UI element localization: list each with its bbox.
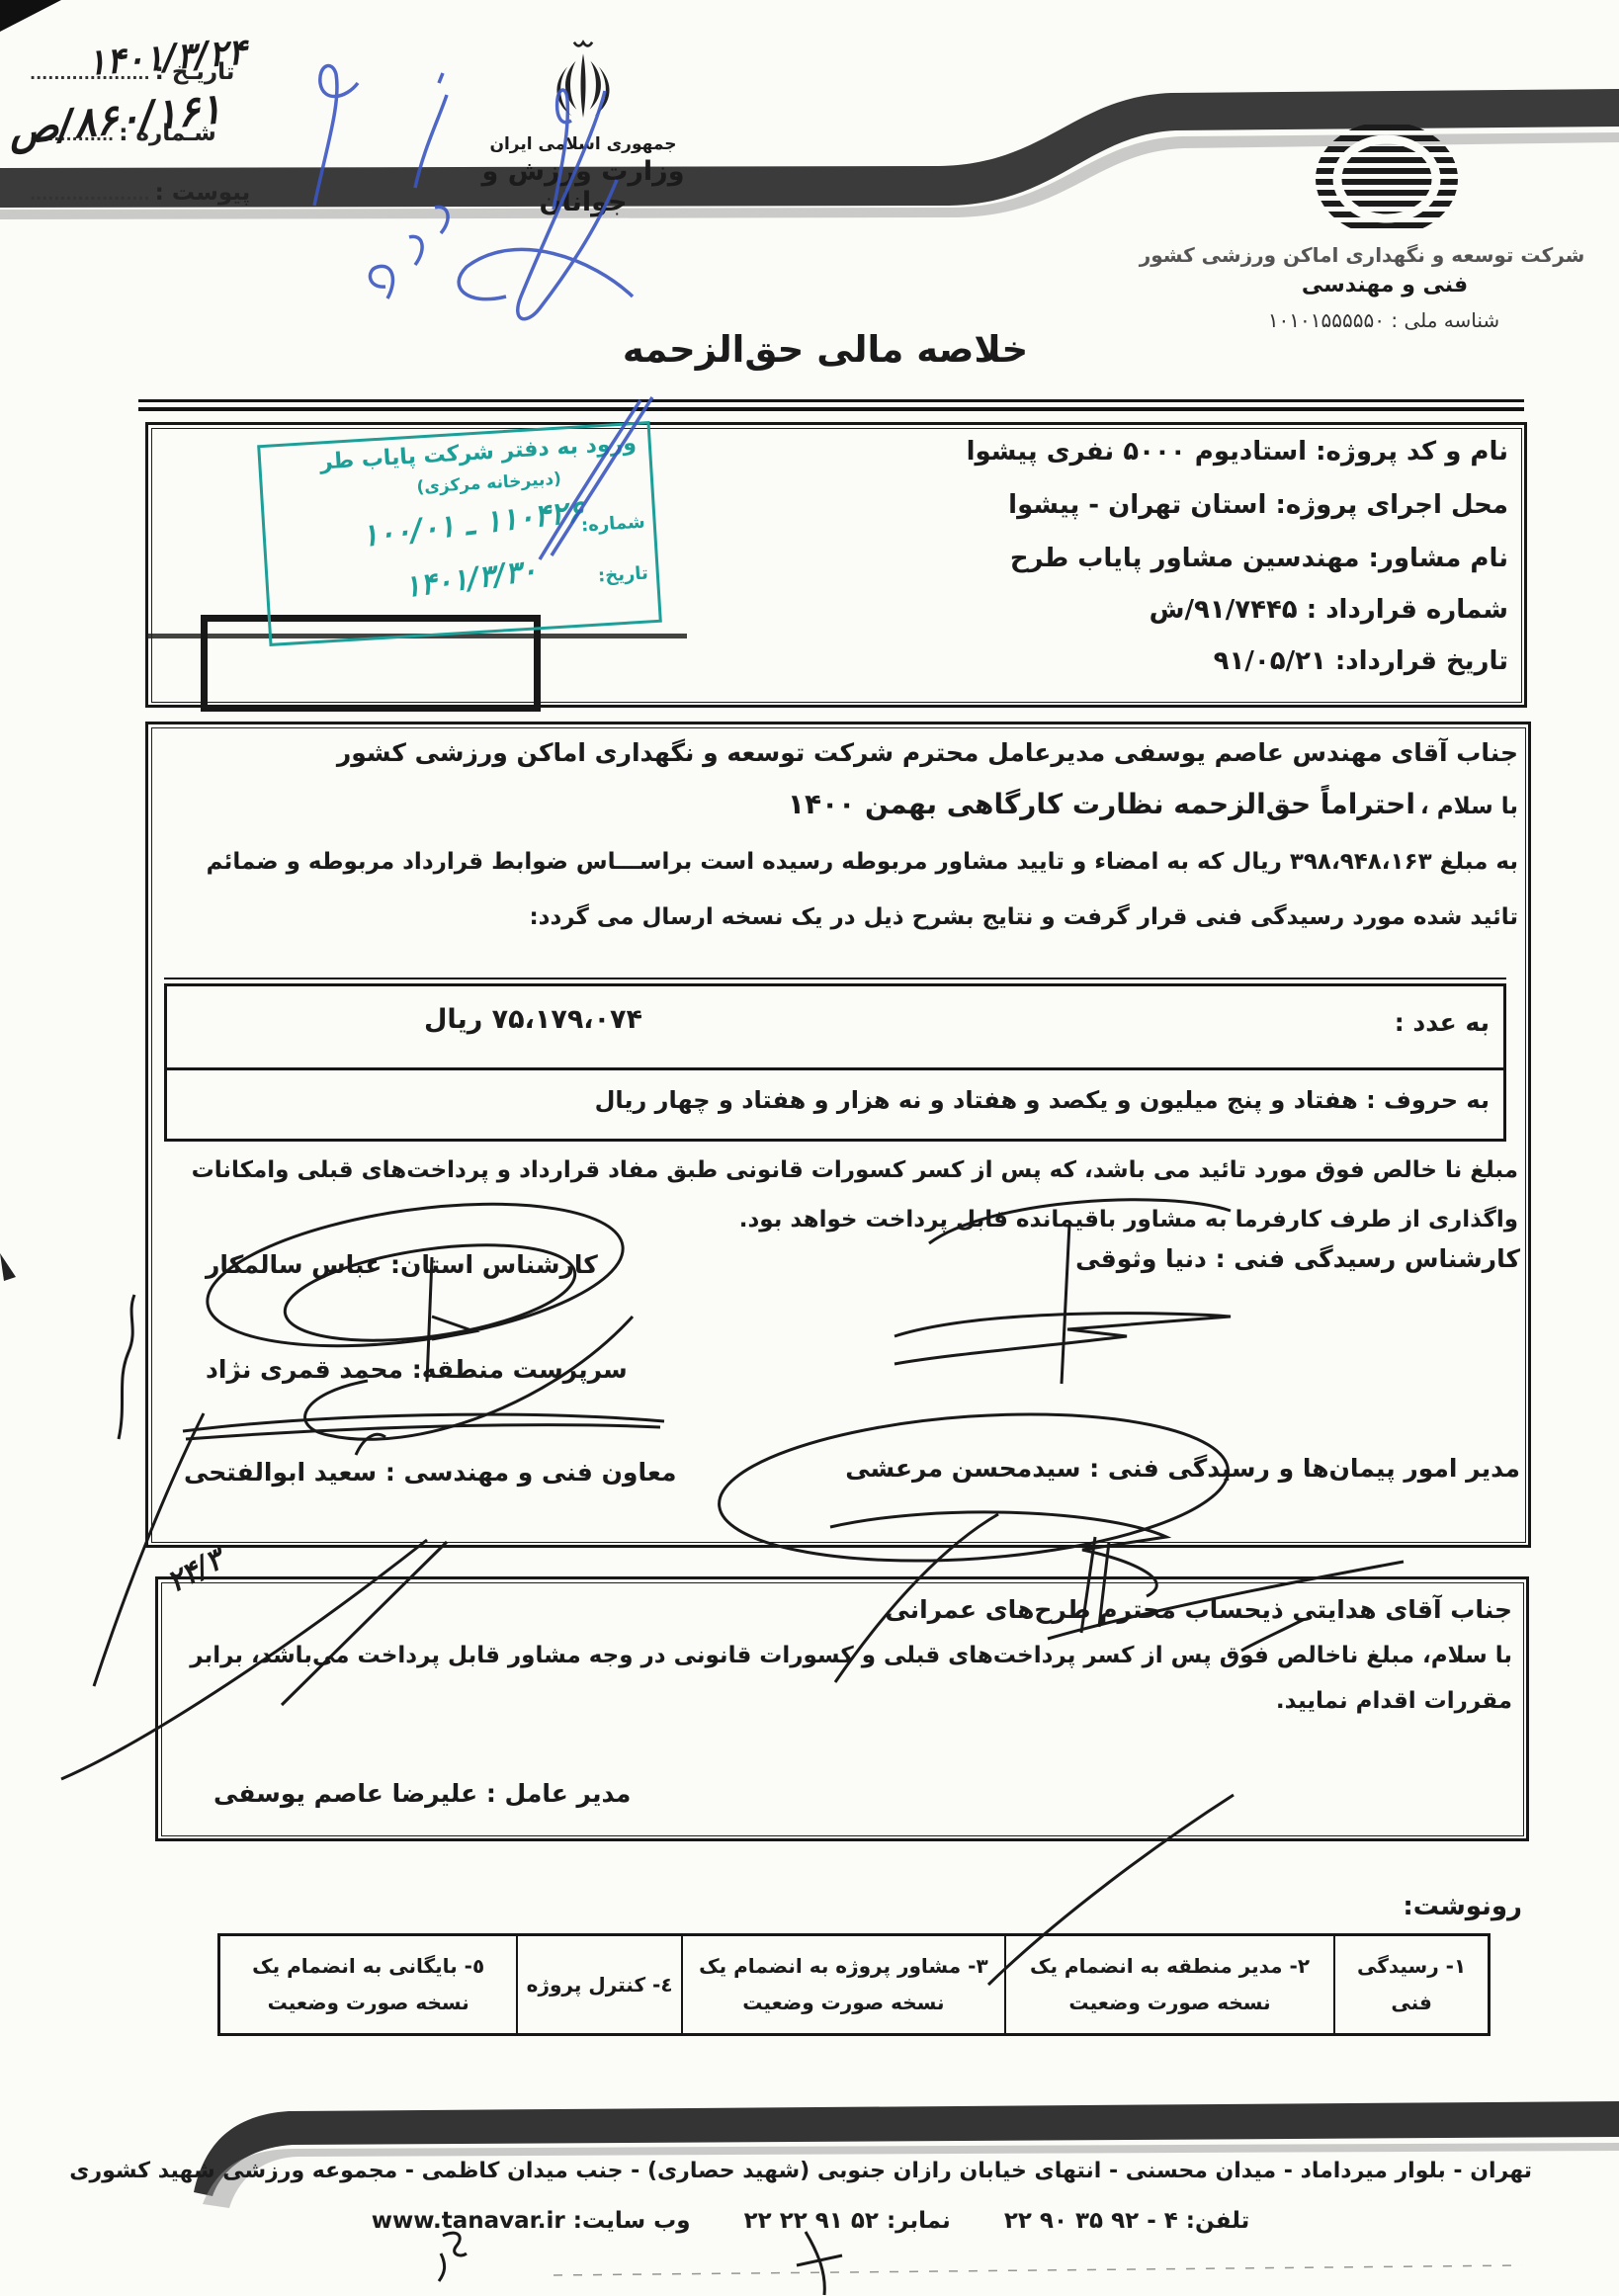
attachment-dots: ....................: [30, 185, 150, 204]
signature-technical-expert: کارشناس رسیدگی فنی : دنیا وثوقی: [1075, 1244, 1520, 1273]
footer-web-label: وب سایت:: [573, 2208, 691, 2234]
stamp-line2: (دبیرخانه مرکزی): [416, 469, 562, 498]
company-logo-icon: [1307, 117, 1467, 243]
entry-stamp: ورود به دفتر شرکت پایاب طر (دبیرخانه مرک…: [257, 421, 662, 646]
stamp-date-value: ۱۴۰۱/۳/۳۰: [402, 553, 539, 605]
scanned-document-page: تاریـخ : .................... شـماره : .…: [0, 0, 1619, 2296]
copies-cell-2: ۲- مدیر منطقه به انضمام یک نسخه صورت وضع…: [1006, 1936, 1335, 2033]
copies-cell-3: ۳- مشاور پروژه به انضمام یک نسخه صورت وض…: [683, 1936, 1006, 2033]
copies-cell-1: ۱- رسیدگی فنی: [1335, 1936, 1488, 2033]
amount-strip-topline: [164, 978, 1506, 979]
confirm-paragraph-2: واگذاری از طرف کارفرما به مشاور باقیماند…: [739, 1207, 1518, 1233]
company-name: شرکت توسعه و نگهداری اماکن ورزشی کشور: [1115, 243, 1609, 267]
project-location-line: محل اجرای پروژه: استان تهران - پیشوا: [1008, 490, 1508, 520]
footer-address: تهران - بلوار میرداماد - میدان محسنی - ا…: [128, 2159, 1532, 2183]
salutation: با سلام ،: [1420, 794, 1518, 819]
signature-contracts-manager: مدیر امور پیمان‌ها و رسیدگی فنی : سیدمحس…: [845, 1454, 1520, 1483]
corner-fold-mark: [0, 0, 61, 32]
footer-fax: نمابر: ۵۲ ۹۱ ۲۲ ۲۲: [744, 2208, 951, 2234]
words-line: به حروف : هفتاد و پنج میلیون و یکصد و هف…: [595, 1086, 1490, 1114]
signature-technical-deputy: معاون فنی و مهندسی : سعید ابوالفتحی: [184, 1458, 676, 1487]
contract-date-line: تاریخ قرارداد: ۹۱/۰۵/۲۱: [1214, 646, 1508, 676]
footer-phone: تلفن: ۴ - ۹۲ ۳۵ ۹۰ ۲۲: [1004, 2208, 1249, 2234]
document-title: خلاصه مالی حق‌الزحمه: [297, 328, 1354, 371]
payment-body-1: با سلام، مبلغ ناخالص فوق پس از کسر پرداخ…: [190, 1643, 1512, 1668]
signature-province-expert: کارشناس استان: عباس سالمکار: [206, 1250, 598, 1279]
confirm-paragraph-1: مبلغ نا خالص فوق مورد تائید می باشد، که …: [192, 1157, 1518, 1183]
main-body-box: جناب آقای مهندس عاصم یوسفی مدیرعامل محتر…: [145, 722, 1531, 1548]
amount-paragraph-1: به مبلغ ۳۹۸،۹۴۸،۱۶۳ ریال که به امضاء و ت…: [207, 849, 1518, 875]
accountant-addressee: جناب آقای هدایتی ذیحساب محترم طرح‌های عم…: [885, 1595, 1512, 1624]
stamp-number-value: ۱۱۰۴۲۶ ـ ۱۰۰/۰۱: [360, 494, 585, 554]
subject-line: با سلام ، احتراماً حق‌الزحمه نظارت کارگا…: [788, 788, 1518, 820]
stamp-line1: ورود به دفتر شرکت پایاب طر: [319, 431, 637, 475]
contract-number-line: شماره قرارداد : ۹۱/۷۴۴۵/ش: [1150, 595, 1508, 625]
amount-paragraph-2: تائید شده مورد رسیدگی فنی قرار گرفت و نت…: [529, 904, 1518, 930]
copies-cell-5: ٥- بایگانی به انضمام یک نسخه صورت وضعیت: [220, 1936, 518, 2033]
left-edge-mark: [0, 1253, 16, 1281]
amount-numeric-row: به عدد : ۷۵،۱۷۹،۰۷۴ ریال: [167, 986, 1503, 1070]
amount-words-row: به حروف : هفتاد و پنج میلیون و یکصد و هف…: [167, 1070, 1503, 1139]
copies-cell-4: ٤- کنترل پروژه: [518, 1936, 683, 2033]
project-name-line: نام و کد پروژه: استادیوم ۵۰۰۰ نفری پیشوا: [967, 437, 1508, 467]
emblem-caption-ministry: وزارت ورزش و جوانان: [443, 156, 724, 217]
ceo-signature-line: مدیر عامل : علیرضا عاصم یوسفی: [213, 1779, 631, 1808]
stamp-number-label: شماره:: [580, 512, 645, 537]
iran-emblem-icon: [542, 36, 625, 132]
emblem-caption-country: جمهوری اسلامی ایران: [463, 134, 704, 154]
attachment-label: پیوست :: [155, 180, 251, 206]
copies-label: رونوشت:: [1382, 1892, 1522, 1921]
addressee-line: جناب آقای مهندس عاصم یوسفی مدیرعامل محتر…: [337, 738, 1518, 767]
emblem-glyph: [556, 53, 609, 118]
emblem-tashdid: [574, 43, 592, 46]
payment-order-box: جناب آقای هدایتی ذیحساب محترم طرح‌های عم…: [155, 1576, 1529, 1841]
payment-body-2: مقررات اقدام نمایید.: [1276, 1688, 1512, 1714]
header-attachment-row: پیوست : ....................: [30, 180, 250, 206]
stamp-date-label: تاریخ:: [597, 562, 648, 586]
title-rule-1: [138, 399, 1524, 402]
footer-web-url: www.tanavar.ir: [372, 2208, 565, 2234]
numeric-value: ۷۵،۱۷۹،۰۷۴ ریال: [424, 1004, 642, 1035]
numeric-label: به عدد :: [1395, 1008, 1490, 1037]
signature-region-supervisor: سرپرست منطقه: محمد قمری نژاد: [206, 1355, 628, 1384]
footer-contact: تلفن: ۴ - ۹۲ ۳۵ ۹۰ ۲۲ نمابر: ۵۲ ۹۱ ۲۲ ۲۲…: [297, 2208, 1324, 2234]
amount-strip: به عدد : ۷۵،۱۷۹،۰۷۴ ریال به حروف : هفتاد…: [164, 983, 1506, 1142]
title-rule-2: [138, 407, 1524, 411]
company-subtitle: فنی و مهندسی: [1281, 273, 1489, 298]
subject-bold: احتراماً حق‌الزحمه نظارت کارگاهی بهمن ۱۴…: [788, 788, 1415, 820]
copies-table: ۱- رسیدگی فنی ۲- مدیر منطقه به انضمام یک…: [217, 1933, 1491, 2036]
consultant-name-line: نام مشاور: مهندسین مشاور پایاب طرح: [1010, 544, 1508, 573]
